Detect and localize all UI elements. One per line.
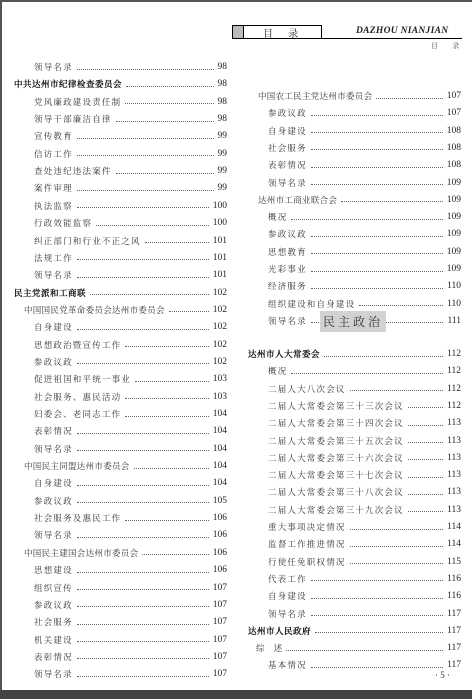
toc-entry-page: 109	[447, 178, 461, 188]
toc-entry-page: 110	[447, 281, 461, 291]
toc-entry[interactable]: 参政议政107	[268, 105, 461, 121]
toc-entry[interactable]: 纠正部门和行业不正之风101	[34, 233, 227, 249]
toc-entry[interactable]: 妇委会、老同志工作104	[34, 406, 227, 422]
dot-leader	[169, 311, 209, 312]
toc-entry-title: 社会服务及惠民工作	[34, 512, 121, 524]
toc-entry-title: 二届人大常委会第三十五次会议	[268, 435, 404, 447]
dot-leader	[116, 173, 214, 174]
toc-entry-title: 光彩事业	[268, 263, 307, 275]
toc-entry[interactable]: 查处违纪违法案件99	[34, 163, 227, 179]
toc-entry[interactable]: 达州市工商业联合会109	[258, 192, 461, 208]
toc-entry[interactable]: 表彰情况108	[268, 157, 461, 173]
dot-leader	[77, 658, 209, 659]
toc-entry-page: 102	[213, 305, 227, 315]
dot-leader	[350, 546, 443, 547]
toc-entry[interactable]: 组织建设和自身建设110	[268, 296, 461, 312]
toc-entry-page: 113	[447, 453, 461, 463]
dot-leader	[77, 329, 209, 330]
toc-entry-page: 104	[213, 426, 227, 436]
toc-entry-title: 自身建设	[34, 321, 73, 333]
toc-entry[interactable]: 党风廉政建设责任制98	[34, 94, 227, 110]
toc-entry-title: 表彰情况	[268, 159, 307, 171]
toc-entry-title: 概况	[268, 365, 287, 377]
toc-entry-title: 领导名录	[34, 529, 73, 541]
toc-entry[interactable]: 中国农工民主党达州市委员会107	[258, 88, 461, 104]
dot-leader	[408, 442, 443, 443]
toc-entry-title: 领导名录	[34, 668, 73, 680]
toc-entry-title: 领导名录	[34, 269, 73, 281]
dot-leader	[90, 294, 209, 295]
dot-leader	[286, 650, 443, 651]
toc-entry-page: 100	[213, 218, 227, 228]
toc-entry[interactable]: 二届人大常委会第三十七次会议113	[268, 467, 461, 483]
toc-entry-page: 100	[213, 201, 227, 211]
toc-entry-title: 妇委会、老同志工作	[34, 408, 121, 420]
dot-leader	[77, 502, 209, 503]
toc-entry-page: 109	[447, 264, 461, 274]
running-header-box: 目 录	[232, 25, 322, 39]
dot-leader	[77, 572, 209, 573]
dot-leader	[350, 390, 443, 391]
dot-leader	[77, 537, 209, 538]
toc-entry[interactable]: 思想教育109	[268, 244, 461, 260]
toc-entry-page: 102	[213, 322, 227, 332]
dot-leader	[77, 624, 209, 625]
dot-leader	[77, 450, 209, 451]
toc-entry-title: 中国国民党革命委员会达州市委员会	[24, 304, 165, 316]
toc-entry-title: 二届人大常委会第三十九次会议	[268, 504, 404, 516]
toc-entry[interactable]: 民主党派和工商联102	[14, 285, 227, 301]
toc-entry-title: 领导名录	[268, 177, 307, 189]
toc-entry[interactable]: 表彰情况107	[34, 649, 227, 665]
toc-entry-page: 107	[213, 635, 227, 645]
toc-entry-title: 中共达州市纪律检查委员会	[14, 78, 122, 90]
dot-leader	[77, 676, 209, 677]
dot-leader	[77, 207, 209, 208]
dot-leader	[311, 288, 443, 289]
toc-entry-title: 中国民主建国会达州市委员会	[24, 547, 138, 559]
toc-entry-title: 自身建设	[268, 590, 307, 602]
toc-entry[interactable]: 重大事项决定情况114	[268, 519, 461, 535]
toc-entry-page: 113	[447, 505, 461, 515]
toc-entry-page: 99	[218, 166, 228, 176]
dot-leader	[311, 253, 443, 254]
toc-entry-page: 98	[218, 79, 228, 89]
toc-entry-page: 115	[447, 557, 461, 567]
dot-leader	[408, 459, 443, 460]
toc-entry-page: 112	[447, 384, 461, 394]
dot-leader	[291, 373, 443, 374]
toc-entry-title: 法规工作	[34, 252, 73, 264]
dot-leader	[77, 259, 209, 260]
toc-entry-title: 领导名录	[34, 61, 73, 73]
toc-entry[interactable]: 自身建设102	[34, 319, 227, 335]
toc-entry-page: 111	[447, 316, 461, 326]
toc-entry-title: 中国民主同盟达州市委员会	[24, 460, 130, 472]
dot-leader	[125, 346, 208, 347]
toc-entry-page: 107	[213, 617, 227, 627]
toc-entry[interactable]: 社会服务、惠民活动103	[34, 389, 227, 405]
dot-leader	[77, 69, 214, 70]
toc-entry[interactable]: 思想建设106	[34, 562, 227, 578]
toc-entry[interactable]: 监督工作推进情况114	[268, 536, 461, 552]
toc-entry-page: 104	[213, 409, 227, 419]
toc-entry-title: 参政议政	[34, 599, 73, 611]
section-banner: 民主政治	[320, 311, 386, 332]
dot-leader	[134, 468, 209, 469]
toc-entry[interactable]: 二届人大八次会议112	[268, 381, 461, 397]
toc-entry-page: 102	[213, 288, 227, 298]
toc-entry[interactable]: 行使任免职权情况115	[268, 554, 461, 570]
dot-leader	[408, 407, 443, 408]
dot-leader	[311, 667, 443, 668]
toc-entry-page: 117	[447, 660, 461, 670]
toc-entry-title: 综 述	[256, 642, 282, 654]
toc-entry-page: 102	[213, 357, 227, 367]
toc-entry-title: 监督工作推进情况	[268, 538, 346, 550]
toc-entry-page: 107	[213, 583, 227, 593]
toc-entry[interactable]: 概况109	[268, 209, 461, 225]
toc-entry[interactable]: 宣传教育99	[34, 128, 227, 144]
toc-entry-page: 98	[218, 62, 228, 72]
toc-entry-page: 104	[213, 478, 227, 488]
toc-entry-title: 社会服务	[268, 142, 307, 154]
dot-leader	[311, 115, 443, 116]
dot-leader	[77, 363, 209, 364]
dot-leader	[77, 589, 209, 590]
toc-entry-page: 98	[218, 97, 228, 107]
dot-leader	[350, 563, 443, 564]
dot-leader	[315, 632, 443, 633]
toc-entry-page: 113	[447, 418, 461, 428]
toc-entry[interactable]: 二届人大常委会第三十六次会议113	[268, 450, 461, 466]
toc-entry[interactable]: 领导名录104	[34, 441, 227, 457]
toc-entry-title: 执法监察	[34, 200, 73, 212]
toc-entry[interactable]: 二届人大常委会第三十九次会议113	[268, 502, 461, 518]
toc-entry[interactable]: 领导名录117	[268, 606, 461, 622]
dot-leader	[408, 425, 443, 426]
toc-entry[interactable]: 组织宣传107	[34, 580, 227, 596]
toc-entry-title: 二届人大八次会议	[268, 383, 346, 395]
toc-entry-page: 107	[213, 600, 227, 610]
toc-entry-title: 机关建设	[34, 634, 73, 646]
dot-leader	[142, 554, 208, 555]
dot-leader	[77, 485, 209, 486]
toc-entry[interactable]: 参政议政102	[34, 354, 227, 370]
dot-leader	[376, 98, 442, 99]
toc-entry-title: 思想政治暨宣传工作	[34, 339, 121, 351]
toc-entry[interactable]: 二届人大常委会第三十五次会议113	[268, 433, 461, 449]
toc-entry-page: 113	[447, 470, 461, 480]
toc-entry[interactable]: 二届人大常委会第三十三次会议112	[268, 398, 461, 414]
dot-leader	[311, 132, 443, 133]
toc-entry-page: 106	[213, 530, 227, 540]
toc-entry-page: 112	[447, 349, 461, 359]
toc-entry-page: 109	[447, 247, 461, 257]
page-border-left	[0, 0, 2, 690]
toc-entry-title: 概况	[268, 211, 287, 223]
dot-leader	[408, 511, 443, 512]
toc-entry-title: 参政议政	[34, 495, 73, 507]
dot-leader	[125, 398, 208, 399]
toc-entry-page: 107	[447, 108, 461, 118]
dot-leader	[77, 155, 214, 156]
dot-leader	[341, 201, 443, 202]
toc-entry-title: 领导名录	[268, 608, 307, 620]
toc-entry-title: 二届人大常委会第三十六次会议	[268, 452, 404, 464]
toc-entry[interactable]: 领导干部廉洁自律98	[34, 111, 227, 127]
toc-entry-page: 117	[447, 643, 461, 653]
toc-entry[interactable]: 中共达州市纪律检查委员会98	[14, 76, 227, 92]
header-section-label: 目 录	[263, 25, 304, 40]
toc-entry-title: 参政议政	[268, 107, 307, 119]
toc-entry-title: 思想建设	[34, 564, 73, 576]
toc-entry-title: 纠正部门和行业不正之风	[34, 235, 141, 247]
toc-entry-page: 103	[213, 374, 227, 384]
toc-entry[interactable]: 领导名录98	[34, 59, 227, 75]
toc-entry[interactable]: 参政议政109	[268, 226, 461, 242]
dot-leader	[77, 190, 214, 191]
dot-leader	[359, 305, 443, 306]
toc-entry-title: 党风廉政建设责任制	[34, 96, 121, 108]
header-rule	[322, 38, 462, 39]
toc-entry-page: 106	[213, 565, 227, 575]
toc-entry-page: 98	[218, 114, 228, 124]
toc-entry[interactable]: 自身建设104	[34, 475, 227, 491]
toc-entry[interactable]: 参政议政107	[34, 597, 227, 613]
toc-entry-title: 社会服务、惠民活动	[34, 391, 121, 403]
toc-entry[interactable]: 领导名录106	[34, 527, 227, 543]
toc-entry-page: 116	[447, 591, 461, 601]
toc-entry-page: 109	[447, 212, 461, 222]
toc-entry-page: 113	[447, 436, 461, 446]
header-sub-label: 目 录	[431, 41, 465, 51]
toc-entry-page: 113	[447, 487, 461, 497]
toc-entry-page: 99	[218, 183, 228, 193]
toc-entry-title: 达州市人大常委会	[248, 348, 320, 360]
toc-entry-title: 二届人大常委会第三十四次会议	[268, 417, 404, 429]
toc-entry[interactable]: 领导名录109	[268, 175, 461, 191]
page-border-bottom	[0, 690, 472, 699]
dot-leader	[77, 641, 209, 642]
toc-entry-title: 社会服务	[34, 616, 73, 628]
toc-entry-page: 104	[213, 444, 227, 454]
dot-leader	[311, 598, 443, 599]
toc-entry[interactable]: 基本情况117	[268, 657, 461, 673]
toc-entry-page: 114	[447, 522, 461, 532]
toc-entry[interactable]: 经济服务110	[268, 278, 461, 294]
toc-entry-title: 查处违纪违法案件	[34, 165, 112, 177]
dot-leader	[311, 184, 443, 185]
toc-entry[interactable]: 案件审理99	[34, 180, 227, 196]
toc-entry[interactable]: 概况112	[268, 363, 461, 379]
toc-entry-page: 99	[218, 131, 228, 141]
dot-leader	[311, 271, 443, 272]
toc-entry[interactable]: 代表工作116	[268, 571, 461, 587]
toc-entry-page: 106	[213, 513, 227, 523]
toc-entry[interactable]: 达州市人大常委会112	[248, 346, 461, 362]
toc-entry-page: 101	[213, 236, 227, 246]
dot-leader	[125, 103, 213, 104]
toc-entry-page: 108	[447, 160, 461, 170]
toc-entry[interactable]: 行政效能监察100	[34, 215, 227, 231]
toc-entry-page: 112	[447, 401, 461, 411]
toc-entry[interactable]: 二届人大常委会第三十八次会议113	[268, 484, 461, 500]
toc-entry[interactable]: 执法监察100	[34, 198, 227, 214]
toc-entry-title: 组织宣传	[34, 582, 73, 594]
toc-entry[interactable]: 表彰情况104	[34, 423, 227, 439]
dot-leader	[116, 121, 214, 122]
toc-entry[interactable]: 领导名录101	[34, 267, 227, 283]
toc-entry-title: 信访工作	[34, 148, 73, 160]
toc-entry[interactable]: 社会服务108	[268, 140, 461, 156]
page-number: · 5 ·	[435, 670, 450, 680]
dot-leader	[350, 529, 443, 530]
toc-entry-title: 代表工作	[268, 573, 307, 585]
toc-entry-title: 自身建设	[34, 477, 73, 489]
toc-entry-title: 二届人大常委会第三十七次会议	[268, 469, 404, 481]
toc-entry-page: 112	[447, 366, 461, 376]
toc-entry-page: 99	[218, 149, 228, 159]
toc-entry-title: 思想教育	[268, 246, 307, 258]
toc-entry[interactable]: 光彩事业109	[268, 261, 461, 277]
toc-entry-page: 106	[213, 548, 227, 558]
toc-entry[interactable]: 领导名录107	[34, 666, 227, 682]
dot-leader	[77, 138, 214, 139]
toc-entry-title: 案件审理	[34, 182, 73, 194]
toc-entry[interactable]: 中国民主同盟达州市委员会104	[24, 458, 227, 474]
toc-entry-title: 领导名录	[268, 315, 307, 327]
toc-entry-page: 108	[447, 143, 461, 153]
toc-entry-title: 民主党派和工商联	[14, 287, 86, 299]
toc-entry-title: 参政议政	[268, 228, 307, 240]
header-english-title: DAZHOU NIANJIAN	[356, 26, 448, 36]
dot-leader	[126, 86, 213, 87]
toc-entry-title: 中国农工民主党达州市委员会	[258, 90, 372, 102]
toc-entry-title: 行政效能监察	[34, 217, 92, 229]
toc-entry[interactable]: 综 述117	[256, 640, 461, 656]
toc-entry-page: 104	[213, 461, 227, 471]
dot-leader	[291, 219, 442, 220]
toc-entry[interactable]: 机关建设107	[34, 632, 227, 648]
toc-entry-page: 117	[447, 626, 461, 636]
toc-entry-title: 达州市人民政府	[248, 625, 311, 637]
toc-entry[interactable]: 中国国民党革命委员会达州市委员会102	[24, 302, 227, 318]
toc-entry-title: 二届人大常委会第三十三次会议	[268, 400, 404, 412]
toc-entry-title: 行使任免职权情况	[268, 556, 346, 568]
toc-entry-page: 108	[447, 126, 461, 136]
dot-leader	[311, 615, 443, 616]
page-border-top	[0, 0, 472, 2]
toc-entry[interactable]: 参政议政105	[34, 493, 227, 509]
header-grey-tab	[233, 26, 244, 38]
dot-leader	[324, 356, 443, 357]
dot-leader	[311, 580, 443, 581]
toc-entry-title: 表彰情况	[34, 425, 73, 437]
dot-leader	[135, 381, 209, 382]
toc-entry[interactable]: 信访工作99	[34, 146, 227, 162]
toc-entry-page: 103	[213, 392, 227, 402]
toc-entry-page: 107	[213, 652, 227, 662]
toc-entry-title: 基本情况	[268, 659, 307, 671]
toc-entry[interactable]: 法规工作101	[34, 250, 227, 266]
dot-leader	[125, 520, 208, 521]
toc-entry-page: 116	[447, 574, 461, 584]
toc-entry-page: 109	[447, 229, 461, 239]
toc-entry-title: 经济服务	[268, 280, 307, 292]
toc-entry[interactable]: 达州市人民政府117	[248, 623, 461, 639]
toc-entry[interactable]: 社会服务107	[34, 614, 227, 630]
toc-entry-title: 领导干部廉洁自律	[34, 113, 112, 125]
toc-entry[interactable]: 社会服务及惠民工作106	[34, 510, 227, 526]
dot-leader	[145, 242, 209, 243]
dot-leader	[125, 416, 208, 417]
toc-entry-page: 101	[213, 270, 227, 280]
toc-entry-title: 组织建设和自身建设	[268, 298, 355, 310]
dot-leader	[77, 606, 209, 607]
toc-entry-title: 促进祖国和平统一事业	[34, 373, 131, 385]
toc-entry-title: 二届人大常委会第三十八次会议	[268, 486, 404, 498]
toc-entry-title: 宣传教育	[34, 130, 73, 142]
dot-leader	[311, 167, 443, 168]
dot-leader	[408, 494, 443, 495]
dot-leader	[311, 149, 443, 150]
toc-entry-title: 表彰情况	[34, 651, 73, 663]
toc-entry-page: 105	[213, 496, 227, 506]
toc-entry-title: 领导名录	[34, 443, 73, 455]
toc-entry[interactable]: 自身建设108	[268, 123, 461, 139]
toc-entry-page: 117	[447, 609, 461, 619]
toc-entry[interactable]: 中国民主建国会达州市委员会106	[24, 545, 227, 561]
toc-entry-page: 110	[447, 299, 461, 309]
toc-entry-page: 102	[213, 340, 227, 350]
dot-leader	[408, 477, 443, 478]
toc-entry-title: 重大事项决定情况	[268, 521, 346, 533]
toc-entry-page: 114	[447, 539, 461, 549]
dot-leader	[96, 225, 209, 226]
toc-entry[interactable]: 自身建设116	[268, 588, 461, 604]
toc-entry-title: 参政议政	[34, 356, 73, 368]
toc-entry-page: 101	[213, 253, 227, 263]
toc-entry[interactable]: 促进祖国和平统一事业103	[34, 371, 227, 387]
toc-entry[interactable]: 二届人大常委会第三十四次会议113	[268, 415, 461, 431]
toc-entry-title: 达州市工商业联合会	[258, 194, 337, 206]
toc-entry-page: 109	[447, 195, 461, 205]
dot-leader	[77, 433, 209, 434]
toc-entry[interactable]: 思想政治暨宣传工作102	[34, 337, 227, 353]
toc-entry-title: 自身建设	[268, 125, 307, 137]
dot-leader	[311, 236, 443, 237]
dot-leader	[77, 277, 209, 278]
toc-entry-page: 107	[447, 91, 461, 101]
toc-entry-page: 107	[213, 669, 227, 679]
